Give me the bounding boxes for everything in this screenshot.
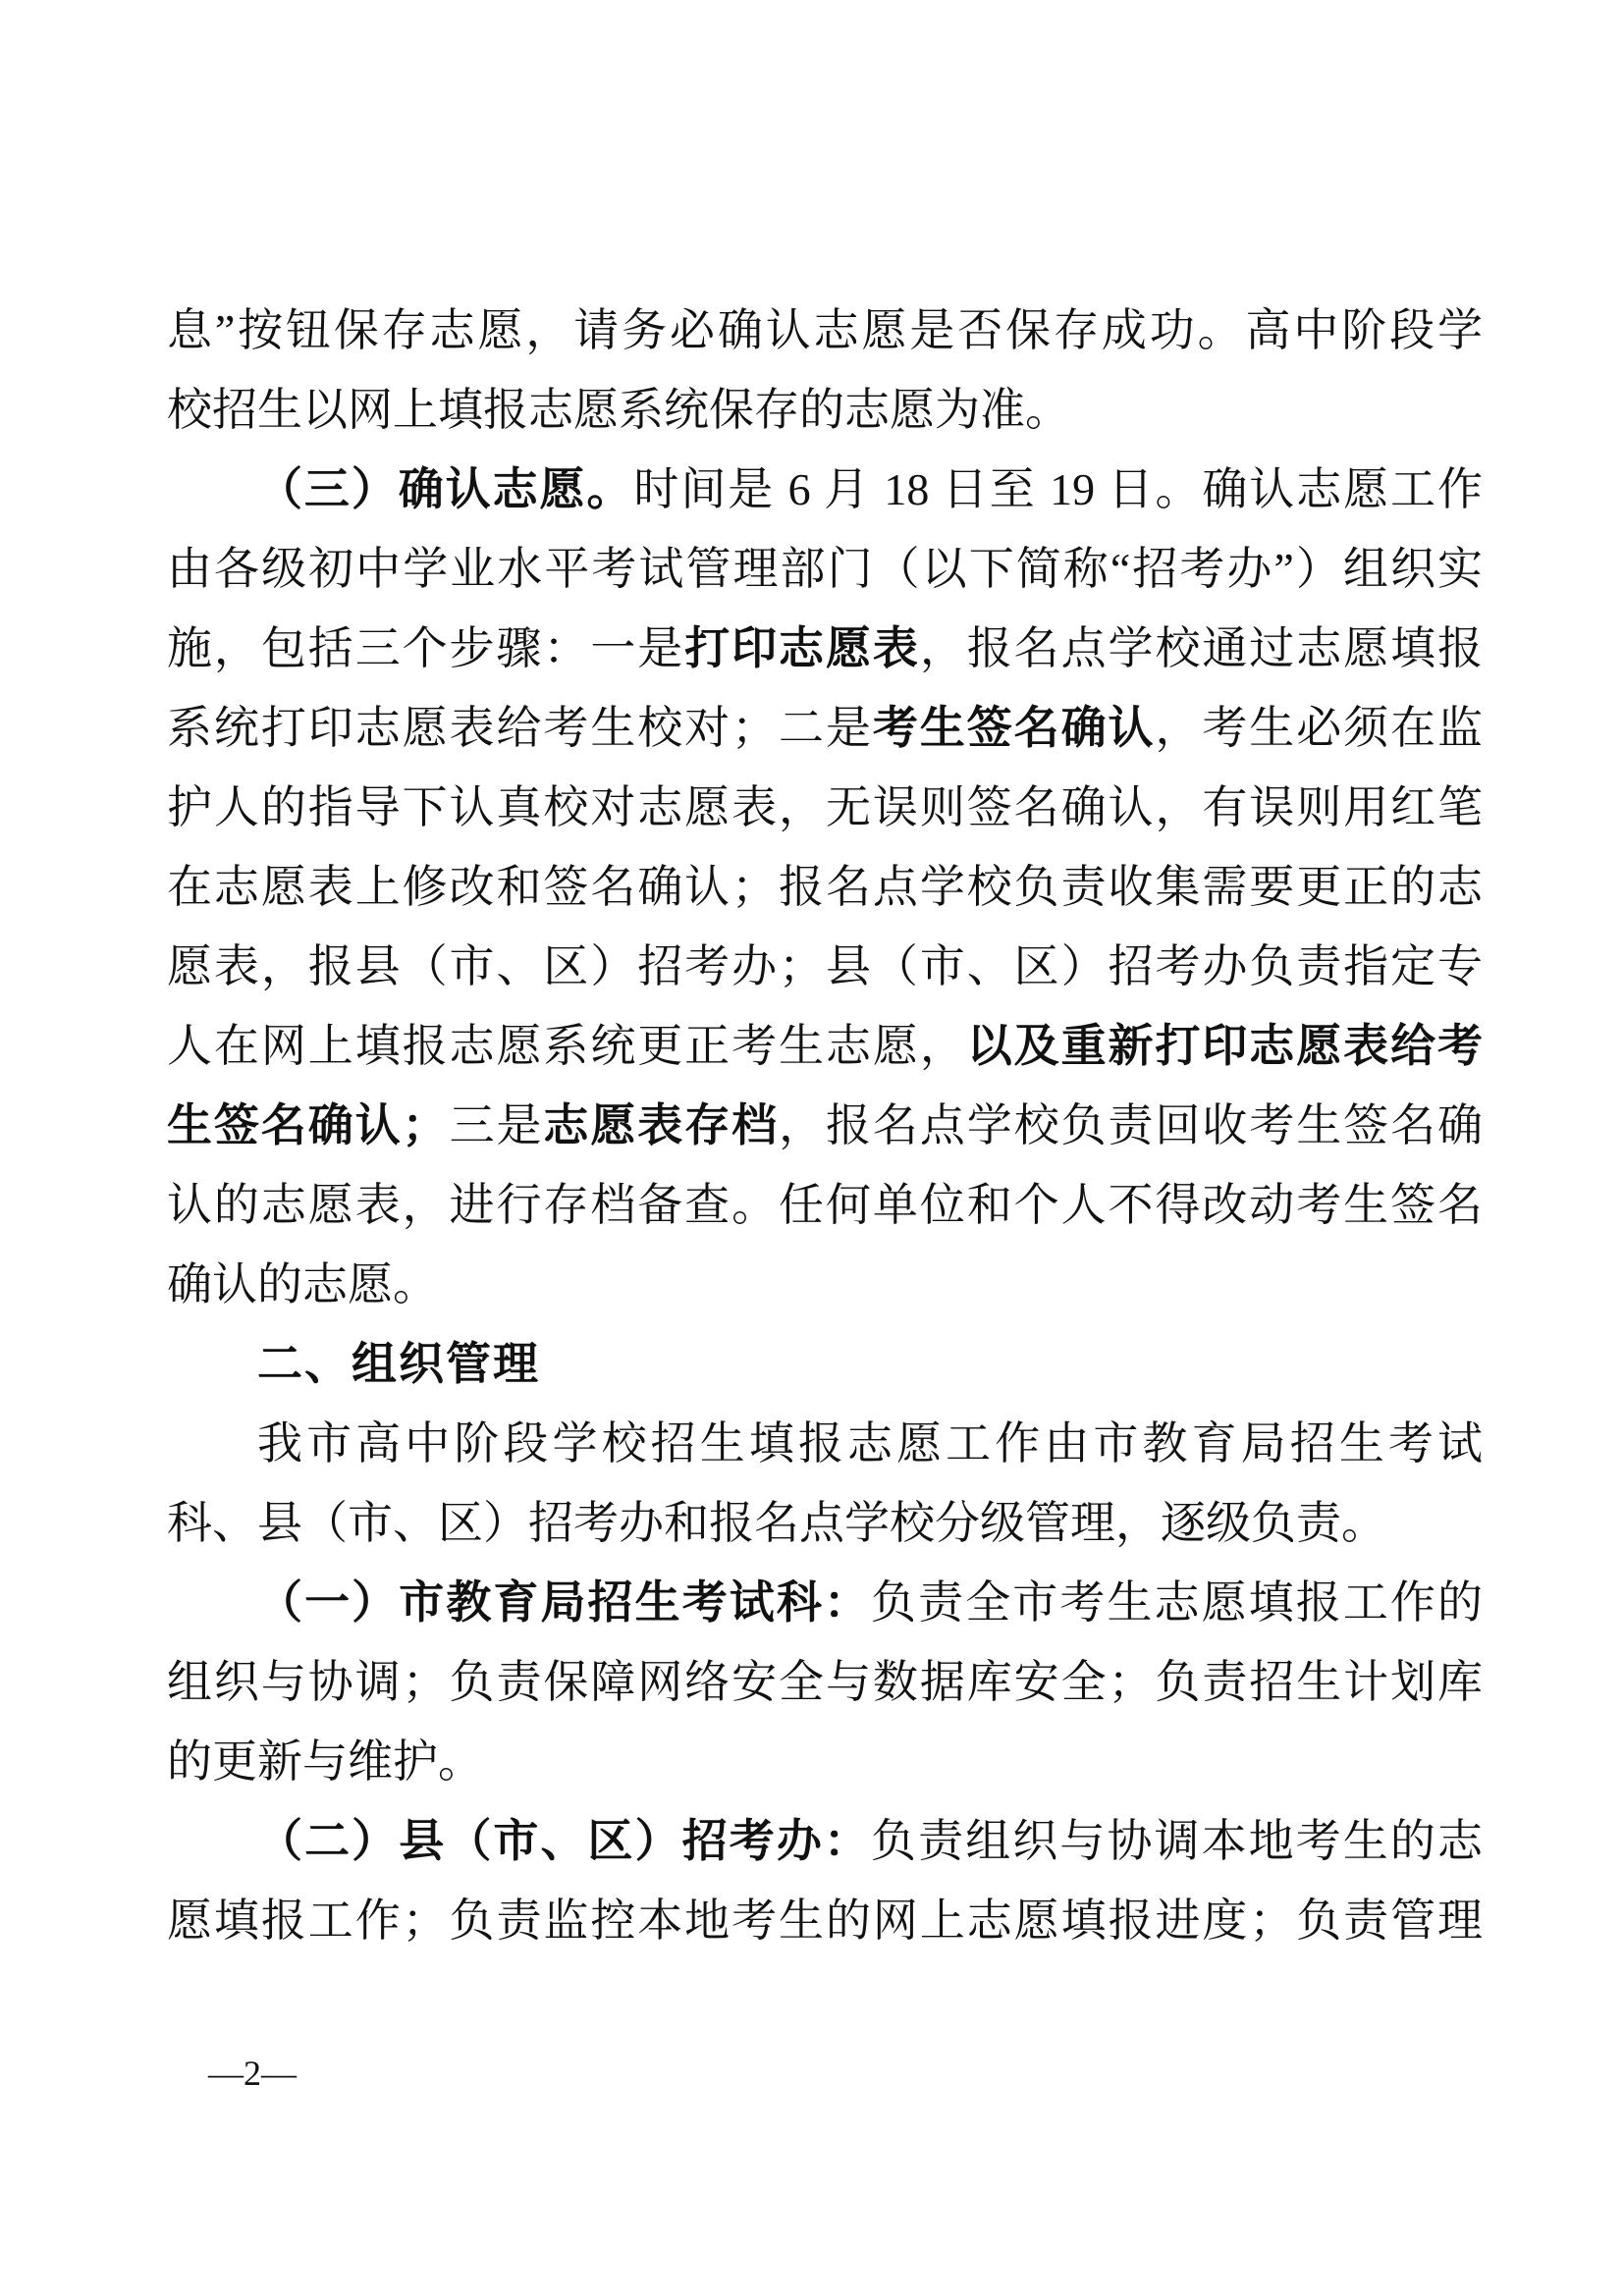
text-line: 校招生以网上填报志愿系统保存的志愿为准。	[167, 370, 1483, 450]
text-run: 由各级初中学业水平考试管理部门（以下简称“招考办”）组织实	[167, 544, 1483, 594]
text-line: 的更新与维护。	[167, 1722, 1483, 1801]
emphasis-text-run: 志愿表存档	[543, 1100, 779, 1150]
document-body: 息”按钮保存志愿，请务必确认志愿是否保存成功。高中阶段学校招生以网上填报志愿系统…	[167, 291, 1483, 1960]
document-page: 息”按钮保存志愿，请务必确认志愿是否保存成功。高中阶段学校招生以网上填报志愿系统…	[0, 0, 1624, 2296]
text-run: 护人的指导下认真校对志愿表，无误则签名确认，有误则用红笔	[167, 782, 1483, 832]
text-line: 确认的志愿。	[167, 1245, 1483, 1324]
text-run: 负责全市考生志愿填报工作的	[871, 1577, 1483, 1628]
emphasis-text-run: （三）确认志愿。	[257, 464, 633, 514]
text-line: 息”按钮保存志愿，请务必确认志愿是否保存成功。高中阶段学	[167, 291, 1483, 370]
text-line: 生签名确认；三是志愿表存档，报名点学校负责回收考生签名确	[167, 1086, 1483, 1165]
text-run: 施，包括三个步骤：一是	[167, 623, 684, 673]
text-line: 愿表，报县（市、区）招考办；县（市、区）招考办负责指定专	[167, 927, 1483, 1006]
text-run: 系统打印志愿表给考生校对；二是	[167, 703, 873, 753]
text-run: 的更新与维护。	[167, 1736, 483, 1787]
text-run: 息”按钮保存志愿，请务必确认志愿是否保存成功。高中阶段学	[167, 305, 1483, 355]
text-run: 确认的志愿。	[167, 1259, 438, 1309]
text-line: 由各级初中学业水平考试管理部门（以下简称“招考办”）组织实	[167, 529, 1483, 609]
emphasis-text-run: 打印志愿表	[684, 623, 920, 673]
text-run: 组织与协调；负责保障网络安全与数据库安全；负责招生计划库	[167, 1657, 1483, 1707]
text-run: 负责组织与协调本地考生的志	[871, 1816, 1483, 1866]
text-line: 施，包括三个步骤：一是打印志愿表，报名点学校通过志愿填报	[167, 609, 1483, 688]
text-run: 时间是 6 月 18 日至 19 日。确认志愿工作	[633, 464, 1483, 514]
text-line: 系统打印志愿表给考生校对；二是考生签名确认，考生必须在监	[167, 688, 1483, 768]
text-line: 在志愿表上修改和签名确认；报名点学校负责收集需要更正的志	[167, 847, 1483, 927]
text-line: （一）市教育局招生考试科：负责全市考生志愿填报工作的	[167, 1563, 1483, 1642]
text-run: 三是	[448, 1100, 544, 1150]
emphasis-text-run: 生签名确认；	[167, 1100, 448, 1150]
text-run: 校招生以网上填报志愿系统保存的志愿为准。	[167, 385, 1070, 435]
text-line: 认的志愿表，进行存档备查。任何单位和个人不得改动考生签名	[167, 1165, 1483, 1245]
page-number: —2—	[208, 2054, 297, 2093]
text-run: ，报名点学校负责回收考生签名确	[779, 1100, 1483, 1150]
emphasis-text-run: （一）市教育局招生考试科：	[257, 1577, 871, 1628]
text-run: 科、县（市、区）招考办和报名点学校分级管理，逐级负责。	[167, 1498, 1386, 1548]
text-line: 愿填报工作；负责监控本地考生的网上志愿填报进度；负责管理	[167, 1881, 1483, 1960]
text-run: 我市高中阶段学校招生填报志愿工作由市教育局招生考试	[257, 1418, 1483, 1468]
text-line: 护人的指导下认真校对志愿表，无误则签名确认，有误则用红笔	[167, 768, 1483, 847]
text-run: ，考生必须在监	[1155, 703, 1483, 753]
text-run: ，报名点学校通过志愿填报	[920, 623, 1483, 673]
text-line: 科、县（市、区）招考办和报名点学校分级管理，逐级负责。	[167, 1483, 1483, 1563]
emphasis-text-run: （二）县（市、区）招考办：	[257, 1816, 871, 1866]
section-heading: 二、组织管理	[167, 1324, 1483, 1404]
text-run: 在志愿表上修改和签名确认；报名点学校负责收集需要更正的志	[167, 862, 1483, 912]
emphasis-text-run: 二、组织管理	[257, 1337, 540, 1390]
emphasis-text-run: 考生签名确认	[873, 703, 1156, 753]
text-line: 人在网上填报志愿系统更正考生志愿，以及重新打印志愿表给考	[167, 1006, 1483, 1086]
text-run: 人在网上填报志愿系统更正考生志愿，	[167, 1021, 967, 1071]
text-line: 组织与协调；负责保障网络安全与数据库安全；负责招生计划库	[167, 1642, 1483, 1722]
text-run: 愿表，报县（市、区）招考办；县（市、区）招考办负责指定专	[167, 941, 1483, 991]
text-run: 认的志愿表，进行存档备查。任何单位和个人不得改动考生签名	[167, 1180, 1483, 1230]
text-line: 我市高中阶段学校招生填报志愿工作由市教育局招生考试	[167, 1404, 1483, 1483]
text-run: 愿填报工作；负责监控本地考生的网上志愿填报进度；负责管理	[167, 1896, 1483, 1946]
emphasis-text-run: 以及重新打印志愿表给考	[967, 1021, 1483, 1071]
text-line: （二）县（市、区）招考办：负责组织与协调本地考生的志	[167, 1801, 1483, 1881]
text-line: （三）确认志愿。时间是 6 月 18 日至 19 日。确认志愿工作	[167, 450, 1483, 529]
